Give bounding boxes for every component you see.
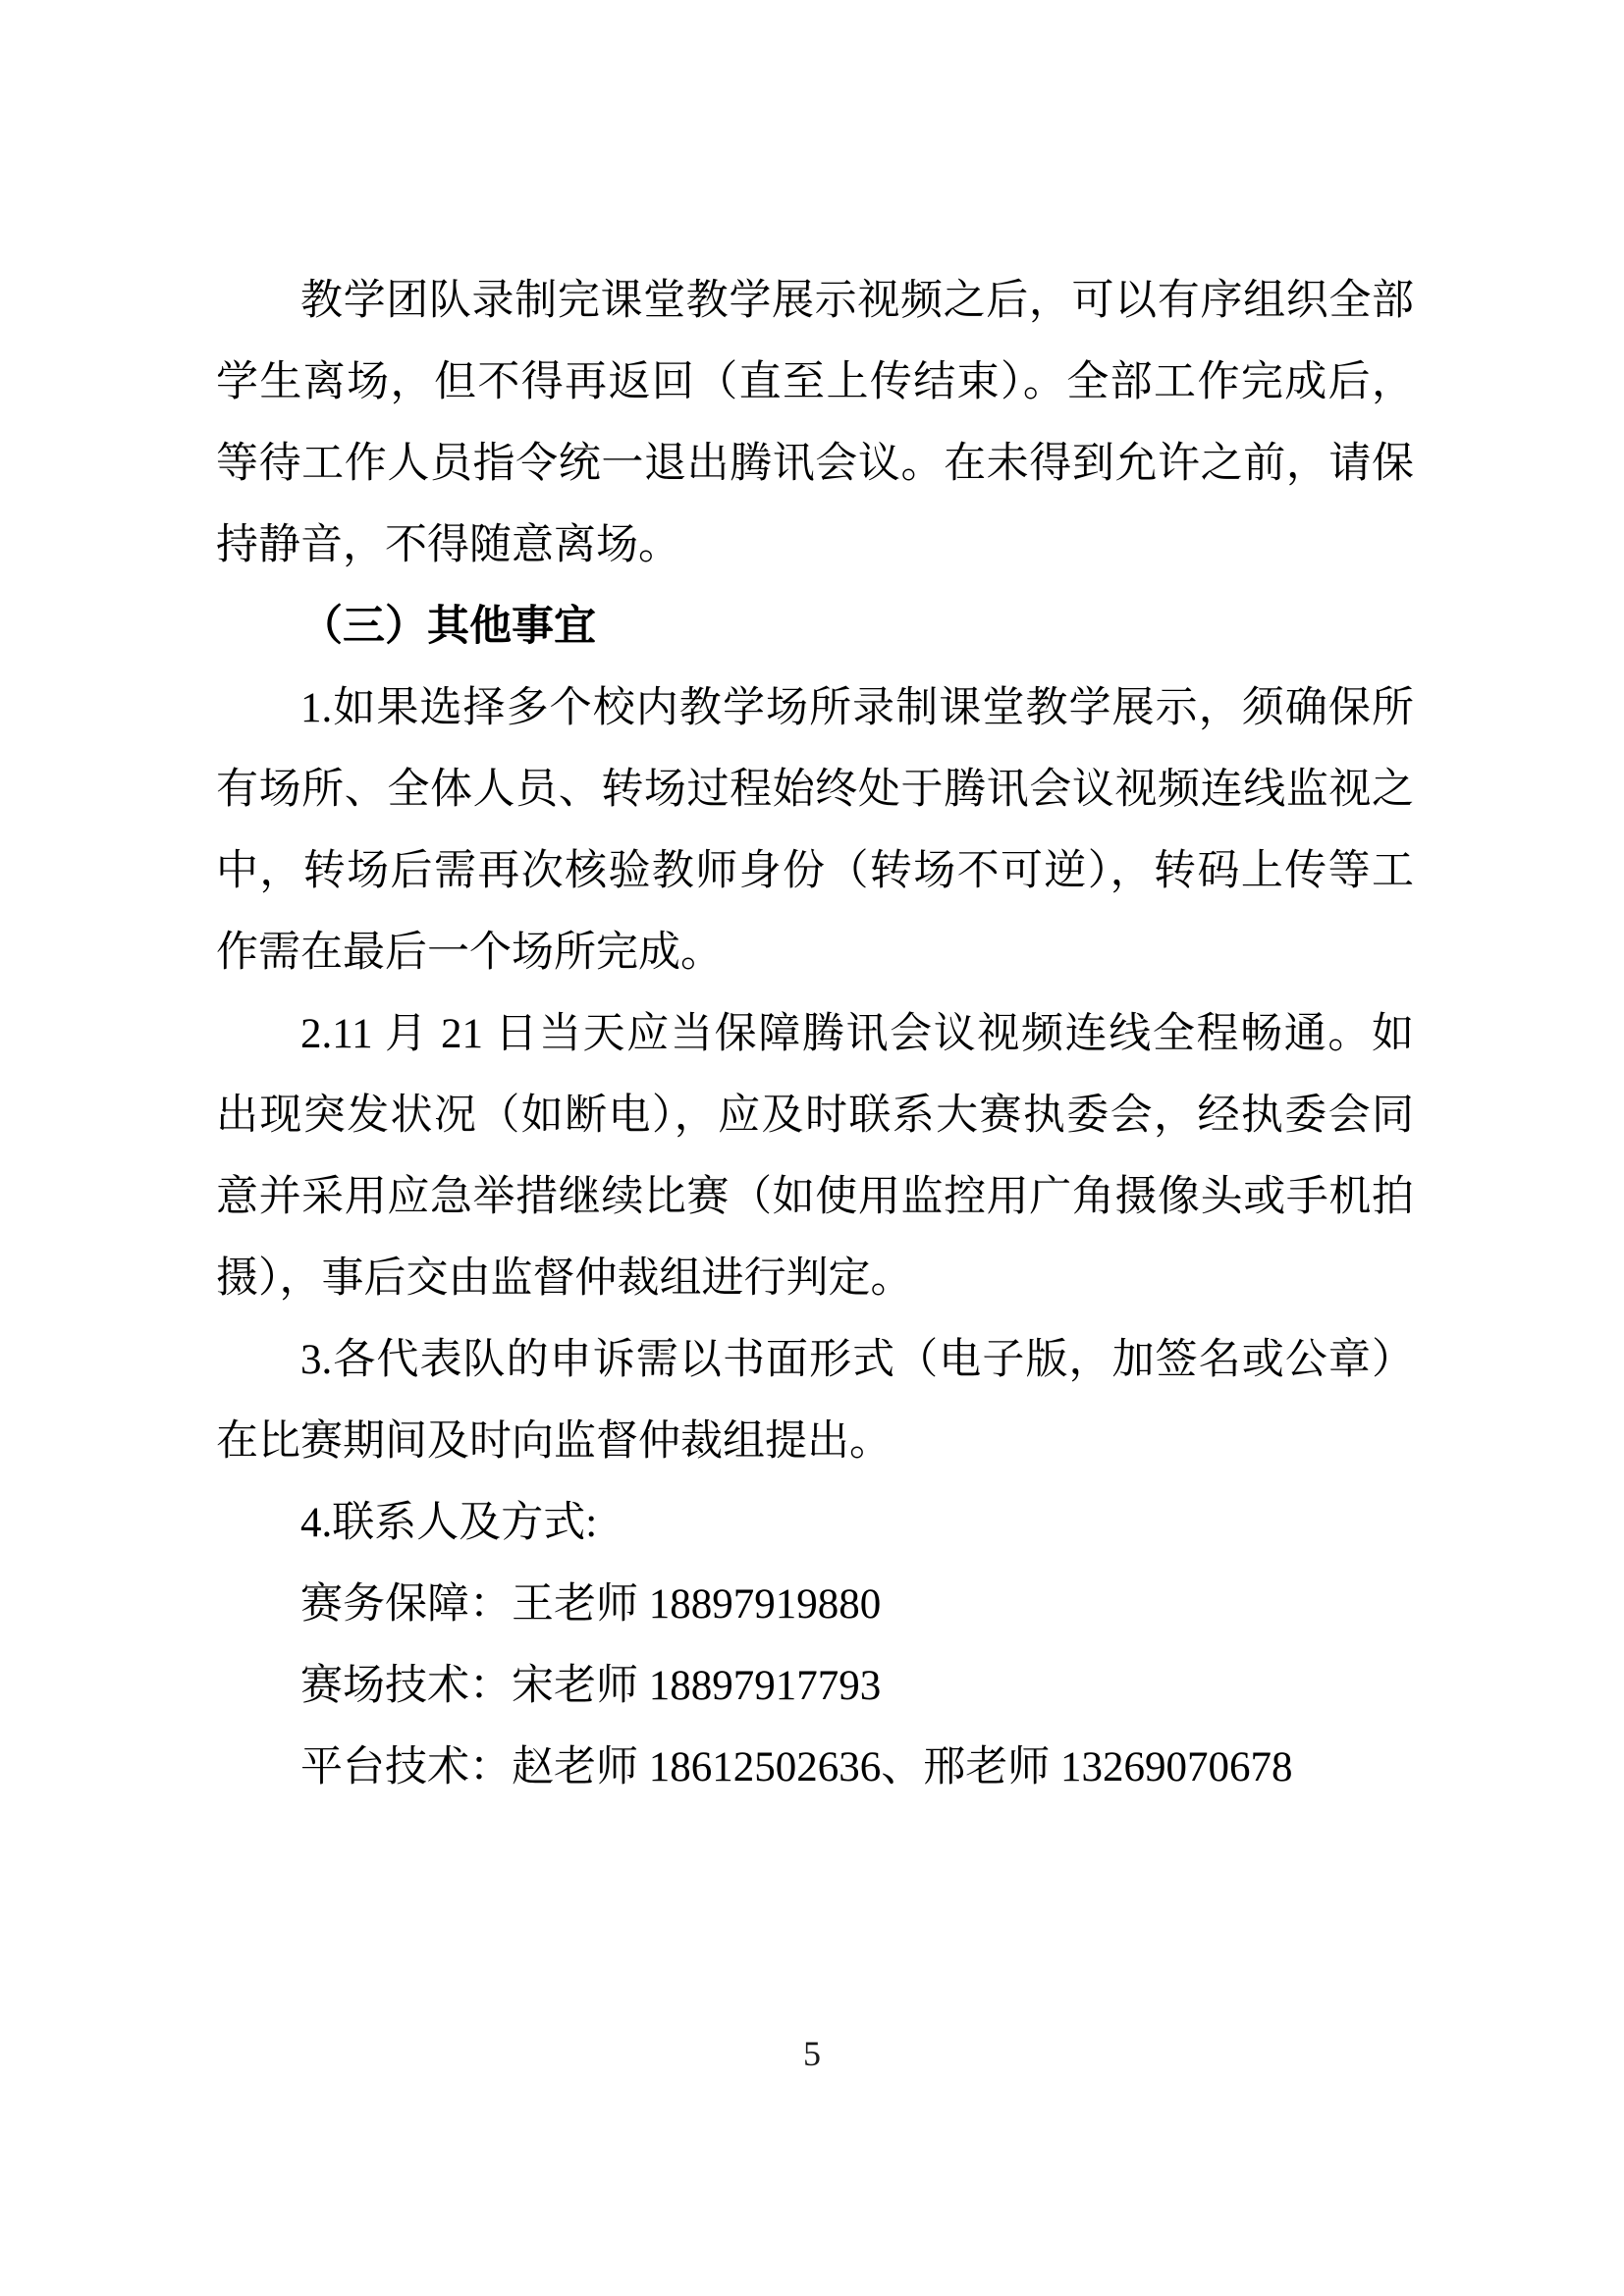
contact-line-competition-support: 赛务保障：王老师 18897919880 xyxy=(216,1564,1414,1645)
contact-line-venue-technology: 赛场技术：宋老师 18897917793 xyxy=(216,1645,1414,1727)
document-body: 教学团队录制完课堂教学展示视频之后，可以有序组织全部学生离场，但不得再返回（直至… xyxy=(216,260,1414,1808)
paragraph-item-2-video-link: 2.11 月 21 日当天应当保障腾讯会议视频连线全程畅通。如出现突发状况（如断… xyxy=(216,993,1414,1319)
contact-line-platform-technology: 平台技术：赵老师 18612502636、邢老师 13269070678 xyxy=(216,1727,1414,1808)
page-number: 5 xyxy=(0,2034,1624,2073)
document-page: 教学团队录制完课堂教学展示视频之后，可以有序组织全部学生离场，但不得再返回（直至… xyxy=(0,0,1624,2296)
paragraph-recording-exit-rules: 教学团队录制完课堂教学展示视频之后，可以有序组织全部学生离场，但不得再返回（直至… xyxy=(216,260,1414,586)
paragraph-item-3-appeals: 3.各代表队的申诉需以书面形式（电子版，加签名或公章）在比赛期间及时向监督仲裁组… xyxy=(216,1319,1414,1482)
section-heading-other-matters: （三）其他事宜 xyxy=(216,586,1414,667)
paragraph-item-1-multiple-venues: 1.如果选择多个校内教学场所录制课堂教学展示，须确保所有场所、全体人员、转场过程… xyxy=(216,667,1414,993)
paragraph-item-4-contacts-label: 4.联系人及方式: xyxy=(216,1482,1414,1564)
